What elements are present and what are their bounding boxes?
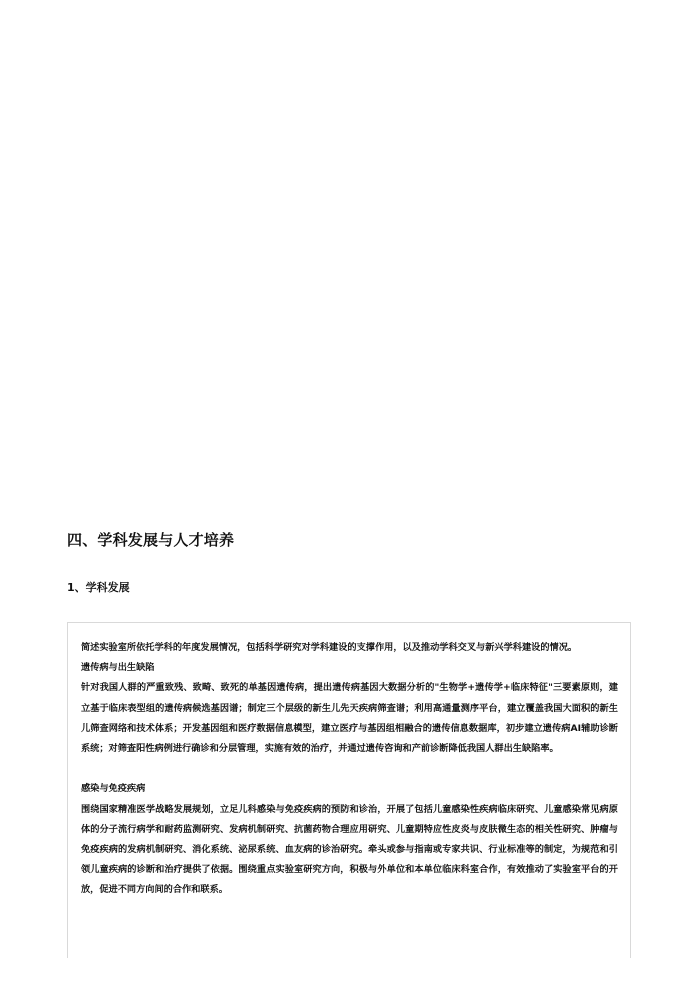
topic-body-genetic-disease: 针对我国人群的严重致残、致畸、致死的单基因遗传病，提出遗传病基因大数据分析的"生… [81, 678, 618, 759]
box-prompt: 简述实验室所依托学科的年度发展情况，包括科学研究对学科建设的支撑作用，以及推动学… [81, 638, 618, 658]
section-title: 四、学科发展与人才培养 [67, 530, 234, 550]
discipline-development-box: 简述实验室所依托学科的年度发展情况，包括科学研究对学科建设的支撑作用，以及推动学… [67, 622, 631, 958]
topic-heading-infection-immunity: 感染与免疫疾病 [81, 779, 618, 799]
paragraph-spacer [81, 759, 618, 779]
topic-body-infection-immunity: 围绕国家精准医学战略发展规划，立足儿科感染与免疫疾病的预防和诊治，开展了包括儿童… [81, 800, 618, 901]
subsection-title: 1、学科发展 [67, 580, 130, 596]
topic-heading-genetic-disease: 遗传病与出生缺陷 [81, 658, 618, 678]
blank-page-area [0, 0, 700, 520]
